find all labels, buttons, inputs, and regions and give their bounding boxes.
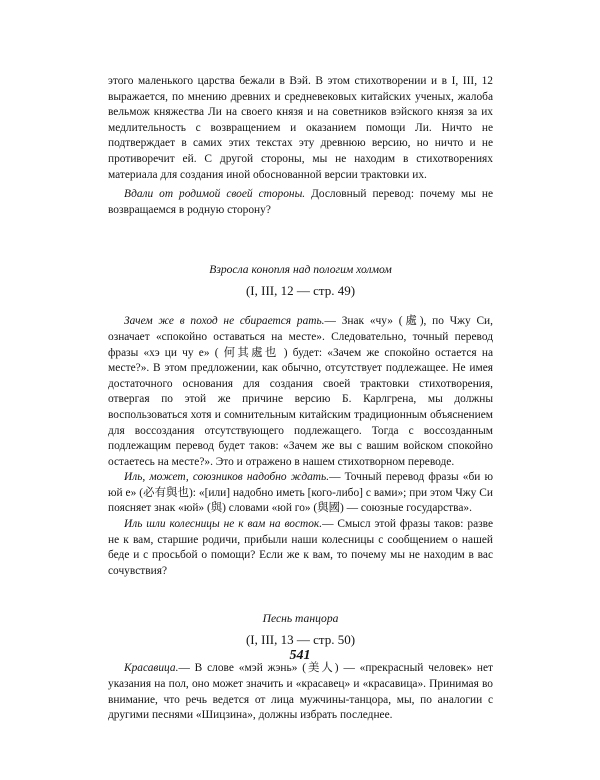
note-paragraph: Зачем же в поход не сбирается рать.— Зна… [108, 314, 493, 470]
note-lemma: Иль шли колесницы не к вам на восток. [124, 518, 322, 530]
section-title: Взросла конопля над пологим холмом [108, 262, 493, 278]
section-reference: (I, III, 13 — стр. 50) [108, 631, 493, 649]
note-lemma: Зачем же в поход не сбирается рать. [124, 315, 325, 327]
note-paragraph: Иль, может, союзников надобно ждать.— То… [108, 470, 493, 517]
note-lemma: Иль, может, союзников надобно ждать. [124, 471, 329, 483]
note-text: — Знак «чу» (處), по Чжу Си, означает «сп… [108, 315, 493, 467]
section-reference: (I, III, 12 — стр. 49) [108, 282, 493, 300]
intro-paragraph: этого маленького царства бежали в Вэй. В… [108, 74, 493, 183]
note-lemma: Красавица. [124, 662, 178, 674]
note-paragraph: Иль шли колесницы не к вам на восток.— С… [108, 517, 493, 579]
note-paragraph: Красавица.— В слове «мэй жэнь» (美人) — «п… [108, 661, 493, 723]
note-paragraph: Вдали от родимой своей стороны. Дословны… [108, 187, 493, 218]
section-title: Песнь танцора [108, 611, 493, 627]
note-lemma: Вдали от родимой своей стороны. [124, 188, 305, 200]
page-number: 541 [0, 648, 600, 664]
page-body: этого маленького царства бежали в Вэй. В… [108, 74, 493, 724]
